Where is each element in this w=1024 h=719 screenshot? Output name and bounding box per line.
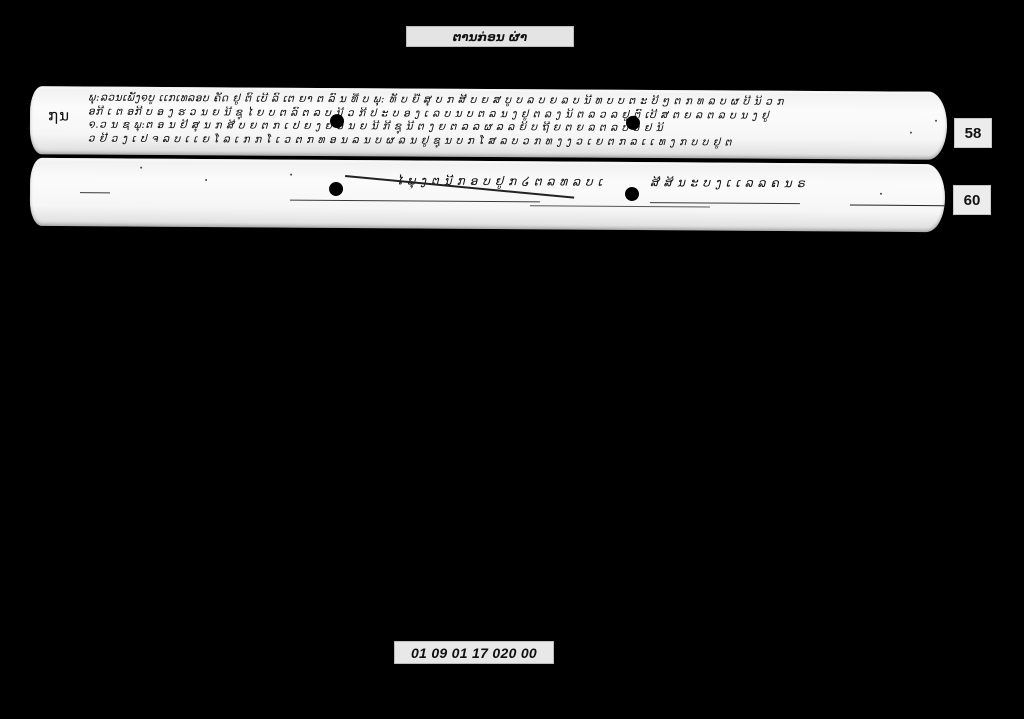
page-number-text: 58	[965, 125, 982, 142]
speck-mark	[205, 179, 207, 181]
leaf-text-line-right: ສີ ສິ ນ ະ ບ ງ ເ ເ ລ ລ ຄ ນ ຣ	[650, 176, 805, 191]
speck-mark	[140, 167, 142, 169]
catalog-number-text: 01 09 01 17 020 00	[411, 645, 537, 661]
leaf-margin-number: ໗ນ	[48, 106, 70, 124]
speck-mark	[290, 174, 292, 176]
scratch-line	[290, 200, 540, 203]
page-number-tag: 60	[953, 185, 991, 215]
string-hole-icon	[625, 187, 639, 201]
manuscript-title-text: ຕານກ່ອນ ຜ່າ	[453, 30, 527, 44]
scratch-line	[650, 202, 800, 204]
leaf-text-block: ພຸ:ລວນເພັງ໑ບູ ເເກເທລອບ ຄັດ ຢູ ຕົ ເບີ ລົ …	[88, 92, 938, 151]
palm-leaf-page-58: ໗ນ ພຸ:ລວນເພັງ໑ບູ ເເກເທລອບ ຄັດ ຢູ ຕົ ເບີ …	[30, 86, 947, 160]
scratch-line	[850, 205, 945, 207]
scratch-line	[530, 205, 710, 207]
string-hole-icon	[330, 114, 344, 128]
leaf-text-line: ສີ ສິ ນ ະ ບ ງ ເ ເ ລ ລ ຄ ນ ຣ	[650, 176, 805, 191]
speck-mark	[910, 132, 912, 134]
page-number-tag: 58	[954, 118, 992, 148]
speck-mark	[935, 120, 937, 122]
speck-mark	[880, 193, 882, 195]
scratch-line	[80, 192, 110, 193]
page-number-text: 60	[964, 192, 981, 209]
string-hole-icon	[626, 116, 640, 130]
catalog-number-label: 01 09 01 17 020 00	[394, 641, 554, 664]
string-hole-icon	[329, 182, 343, 196]
manuscript-title-label: ຕານກ່ອນ ຜ່າ	[406, 26, 574, 47]
palm-leaf-page-60: ໄ ພຸ ງ ຕ ນີ ກ ອ ບ ຢູ ກ ໒ ຕ ລ ທ ລ ບ ເ ສີ …	[30, 158, 945, 232]
